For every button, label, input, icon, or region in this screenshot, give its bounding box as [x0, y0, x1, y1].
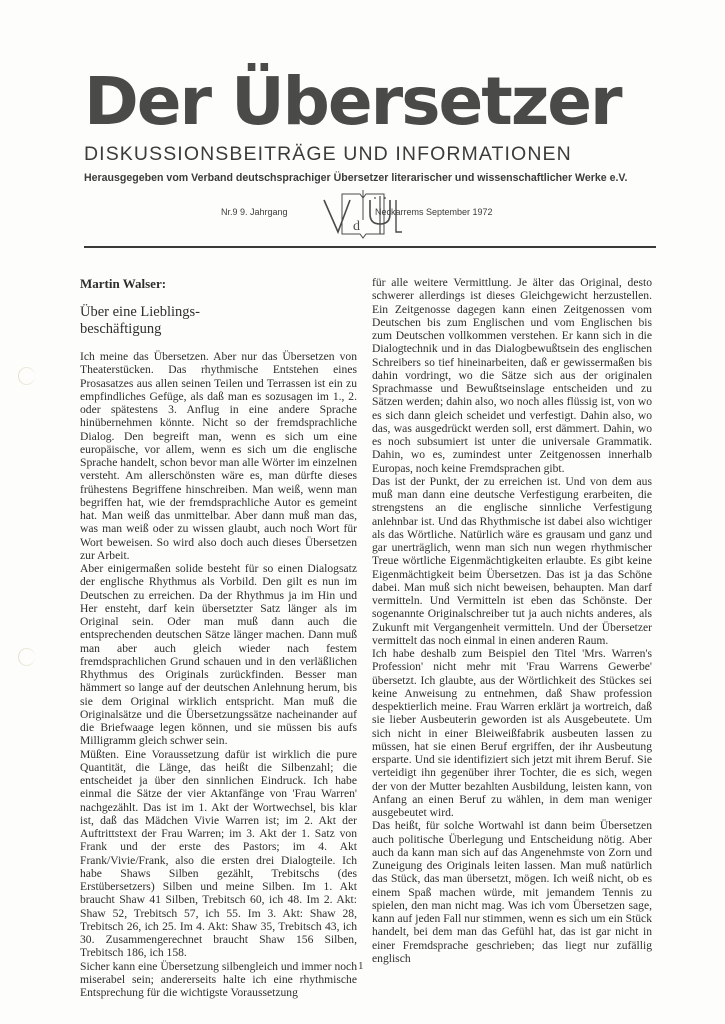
paragraph: für alle weitere Vermittlung. Je älter d… [372, 276, 652, 475]
page-number: 1 [358, 960, 364, 972]
paragraph: Das ist der Punkt, der zu erreichen ist.… [372, 475, 652, 647]
paragraph: Müßten. Eine Voraussetzung dafür ist wir… [80, 748, 357, 960]
document-page: Der Übersetzer DISKUSSIONSBEITRÄGE UND I… [0, 0, 725, 1024]
issue-number: Nr.9 9. Jahrgang [221, 207, 288, 217]
article-title: Über eine Lieblings- beschäftigung [80, 304, 357, 338]
masthead-subtitle: DISKUSSIONSBEITRÄGE UND INFORMATIONEN [84, 143, 664, 166]
paragraph: Sicher kann eine Übersetzung silbengleic… [80, 960, 357, 1000]
article-right-column: für alle weitere Vermittlung. Je älter d… [372, 276, 652, 965]
article-author: Martin Walser: [80, 276, 357, 292]
svg-text:d: d [353, 219, 360, 234]
vdu-logo-icon: d [320, 190, 406, 244]
header-divider [84, 246, 656, 248]
hole-punch-mark [18, 367, 35, 385]
paragraph: Ich meine das Übersetzen. Aber nur das Ü… [80, 350, 357, 562]
paragraph: Das heißt, für solche Wortwahl ist dann … [372, 819, 652, 965]
article-left-column: Martin Walser: Über eine Lieblings- besc… [80, 276, 357, 999]
paragraph: Aber einigermaßen solide besteht für so … [80, 562, 357, 748]
paragraph: Ich habe deshalb zum Beispiel den Titel … [372, 647, 652, 819]
masthead-title: Der Übersetzer [84, 64, 664, 140]
publisher-line: Herausgegeben vom Verband deutschsprachi… [84, 172, 684, 184]
hole-punch-mark [18, 648, 35, 666]
place-date: Neckarrems September 1972 [375, 207, 493, 217]
